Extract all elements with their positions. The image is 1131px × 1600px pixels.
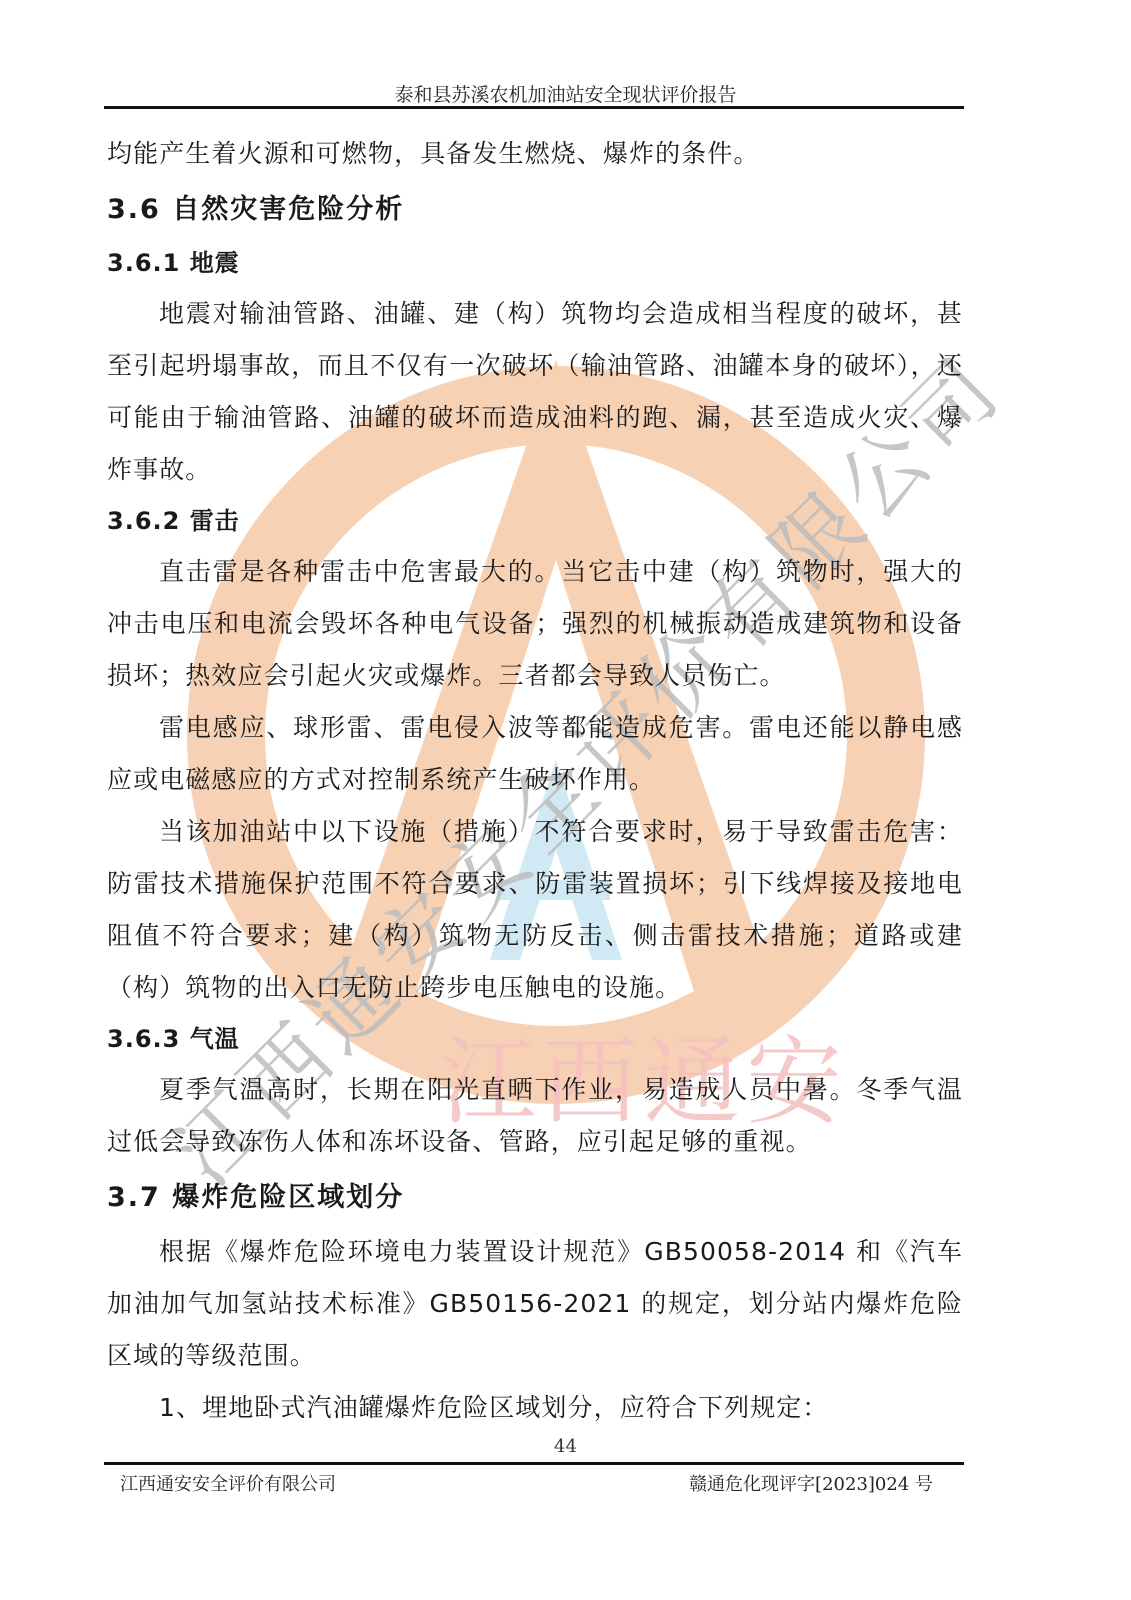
footer-divider — [104, 1462, 964, 1465]
footer-company: 江西通安安全评价有限公司 — [120, 1470, 336, 1496]
section-heading: 3.7 爆炸危险区域划分 — [107, 1172, 963, 1224]
footer-doc-number: 赣通危化现评字[2023]024 号 — [689, 1470, 933, 1496]
paragraph: 1、埋地卧式汽油罐爆炸危险区域划分，应符合下列规定： — [107, 1382, 963, 1434]
subsection-heading: 3.6.3 气温 — [107, 1014, 963, 1064]
running-header: 泰和县苏溪农机加油站安全现状评价报告 — [0, 80, 1131, 107]
page-number: 44 — [0, 1436, 1131, 1457]
paragraph: 直击雷是各种雷击中危害最大的。当它击中建（构）筑物时，强大的冲击电压和电流会毁坏… — [107, 546, 963, 702]
header-divider — [104, 106, 964, 109]
subsection-heading: 3.6.2 雷击 — [107, 496, 963, 546]
section-heading: 3.6 自然灾害危险分析 — [107, 184, 963, 236]
page-body: 均能产生着火源和可燃物，具备发生燃烧、爆炸的条件。3.6 自然灾害危险分析3.6… — [107, 128, 963, 1434]
paragraph: 地震对输油管路、油罐、建（构）筑物均会造成相当程度的破坏，甚至引起坍塌事故，而且… — [107, 288, 963, 496]
document-page: 江西通安安全评价有限公司 江西通安 泰和县苏溪农机加油站安全现状评价报告 均能产… — [0, 0, 1131, 1600]
paragraph: 根据《爆炸危险环境电力装置设计规范》GB50058-2014 和《汽车加油加气加… — [107, 1226, 963, 1382]
paragraph: 均能产生着火源和可燃物，具备发生燃烧、爆炸的条件。 — [107, 128, 963, 180]
subsection-heading: 3.6.1 地震 — [107, 238, 963, 288]
paragraph: 雷电感应、球形雷、雷电侵入波等都能造成危害。雷电还能以静电感应或电磁感应的方式对… — [107, 702, 963, 806]
paragraph: 当该加油站中以下设施（措施）不符合要求时，易于导致雷击危害：防雷技术措施保护范围… — [107, 806, 963, 1014]
paragraph: 夏季气温高时，长期在阳光直晒下作业，易造成人员中暑。冬季气温过低会导致冻伤人体和… — [107, 1064, 963, 1168]
